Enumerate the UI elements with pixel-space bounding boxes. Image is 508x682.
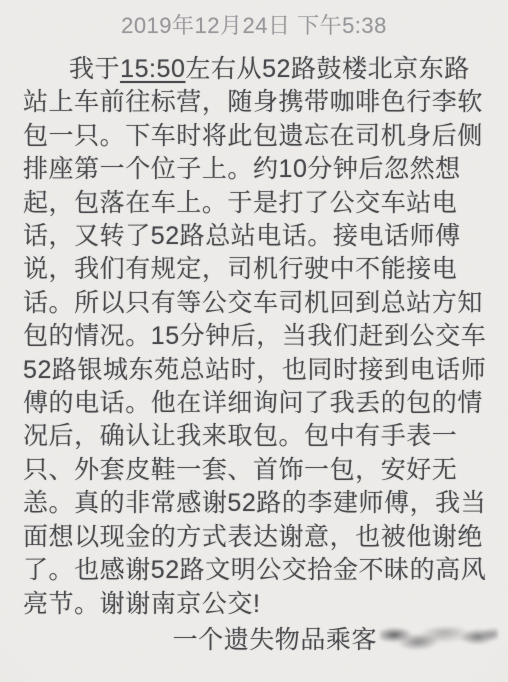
body-line-2: 站上车前往标营，随身携带咖啡色行李软 [23, 86, 486, 119]
letter-body: 我于15:50左右从52路鼓楼北京东路 站上车前往标营，随身携带咖啡色行李软 包… [23, 53, 486, 621]
body-line-3: 包一只。下车时将此包遗忘在司机身后侧 [23, 120, 486, 153]
letter-photo: 2019年12月24日 下午5:38 我于15:50左右从52路鼓楼北京东路 站… [0, 0, 508, 682]
body-line-5: 起，包落在车上。于是打了公交车站电 [23, 187, 486, 220]
body-line-10: 52路银城东苑总站时，也同时接到电话师 [23, 354, 486, 387]
body-line-14: 恙。真的非常感谢52路的李建师傅，我当 [23, 487, 486, 520]
body-line-11: 傅的电话。他在详细询问了我丢的包的情 [23, 387, 486, 420]
body-line-1: 我于15:50左右从52路鼓楼北京东路 [23, 53, 486, 86]
body-line-15: 面想以现金的方式表达谢意，也被他谢绝 [23, 521, 486, 554]
body-line-6: 话，又转了52路总站电话。接电话师傅 [23, 220, 486, 253]
signature-text: 一个遗失物品乘客 [173, 624, 377, 657]
body-line-8: 话。所以只有等公交车司机回到总站方知 [23, 287, 486, 320]
body-line-7: 说，我们有规定，司机行驶中不能接电 [23, 253, 486, 286]
body-text: 左右从52路鼓楼北京东路 [185, 55, 469, 83]
body-line-17: 亮节。谢谢南京公交! [23, 588, 486, 621]
body-line-9: 包的情况。15分钟后，当我们赶到公交车 [23, 320, 486, 353]
body-line-13: 只、外套皮鞋一套、首饰一包，安好无 [23, 454, 486, 487]
signature-row: 一个遗失物品乘客 [0, 624, 498, 657]
redacted-name-scribble [380, 621, 499, 655]
body-line-12: 况后，确认让我来取包。包中有手表一 [23, 420, 486, 453]
body-line-16: 了。也感谢52路文明公交拾金不昧的高风 [23, 554, 486, 587]
timestamp: 2019年12月24日 下午5:38 [0, 9, 508, 40]
body-line-4: 排座第一个位子上。约10分钟后忽然想 [23, 153, 486, 186]
time-link[interactable]: 15:50 [120, 55, 185, 83]
body-text: 我于 [69, 55, 120, 83]
